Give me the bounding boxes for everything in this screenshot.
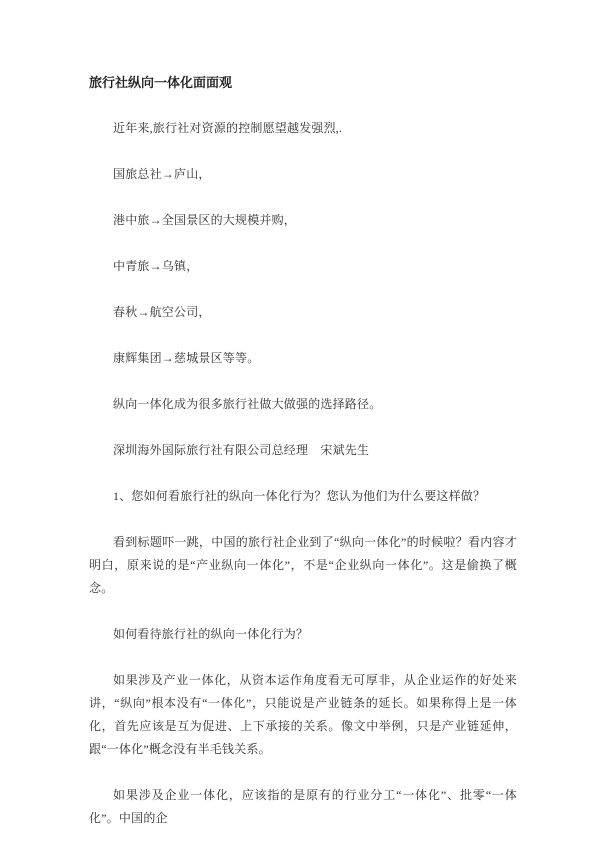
paragraph-summary: 纵向一体化成为很多旅行社做大做强的选择路径。 <box>89 393 517 416</box>
paragraph-example-chunqiu: 春秋→航空公司， <box>89 301 517 324</box>
paragraph-subquestion: 如何看待旅行社的纵向一体化行为？ <box>89 623 517 646</box>
paragraph-intro: 近年来,旅行社对资源的控制愿望越发强烈,. <box>89 117 517 140</box>
paragraph-question-1: 1、您如何看旅行社的纵向一体化行为？您认为他们为什么要这样做？ <box>89 485 517 508</box>
paragraph-example-kanghui: 康辉集团→慈城景区等等。 <box>89 347 517 370</box>
paragraph-example-zhongqinglv: 中青旅→乌镇， <box>89 255 517 278</box>
paragraph-answer-3-truncated: 如果涉及企业一体化，应该指的是原有的行业分工“一体化”、批零“一体化”。中国的企 <box>89 784 517 830</box>
document-page: 旅行社纵向一体化面面观 近年来,旅行社对资源的控制愿望越发强烈,. 国旅总社→庐… <box>0 0 595 842</box>
paragraph-interviewee: 深圳海外国际旅行社有限公司总经理 宋斌先生 <box>89 439 517 462</box>
paragraph-answer-2: 如果涉及产业一体化，从资本运作角度看无可厚非，从企业运作的好处来讲，“纵向”根本… <box>89 669 517 761</box>
paragraph-example-gangzhonglv: 港中旅→全国景区的大规模并购， <box>89 209 517 232</box>
paragraph-example-guolv: 国旅总社→庐山， <box>89 163 517 186</box>
document-title: 旅行社纵向一体化面面观 <box>89 71 517 94</box>
paragraph-answer-1: 看到标题吓一跳，中国的旅行社企业到了“纵向一体化”的时候啦？看内容才明白，原来说… <box>89 531 517 600</box>
